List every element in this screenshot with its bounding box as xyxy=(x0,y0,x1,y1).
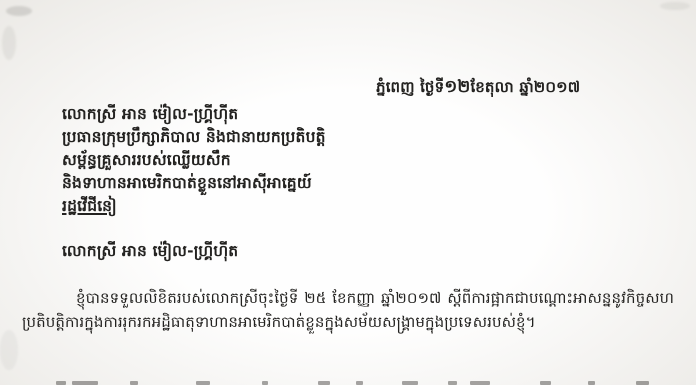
dateline-suffix: ខែតុលា ឆ្នាំ២០១៧ xyxy=(470,78,580,96)
scan-smudge xyxy=(0,330,18,370)
body-paragraph: ខ្ញុំបានទទួលលិខិតរបស់លោកស្រីចុះថ្ងៃទី ២៥… xyxy=(22,286,674,334)
dateline-day: ១២ xyxy=(444,77,470,97)
recipient-organization-line2: និងទាហានអាមេរិកបាត់ខ្លួននៅអាស៊ីអាគ្នេយ៍ xyxy=(62,172,482,195)
scan-smudge xyxy=(2,26,16,60)
cut-off-next-line-fragments xyxy=(0,379,696,385)
scan-smudge xyxy=(660,2,690,10)
dateline-place-prefix: ភ្នំពេញ ថ្ងៃទី xyxy=(376,78,444,96)
scanned-letter-page: ភ្នំពេញ ថ្ងៃទី១២ខែតុលា ឆ្នាំ២០១៧ លោកស្រី… xyxy=(0,0,696,385)
recipient-title: ប្រធានក្រុមប្រឹក្សាភិបាល និងជានាយកប្រតិប… xyxy=(62,126,482,149)
recipient-organization-line1: សម្ព័ន្ធគ្រួសាររបស់ឈ្លើយសឹក xyxy=(62,149,482,172)
recipient-name: លោកស្រី អាន ម៉ៀល-ហ្គ្រីហ៊ីត xyxy=(62,103,482,126)
recipient-location: រដ្ឋវើជីនៀ xyxy=(62,195,482,218)
salutation-line: លោកស្រី អាន ម៉ៀល-ហ្គ្រីហ៊ីត xyxy=(62,241,238,264)
recipient-address-block: លោកស្រី អាន ម៉ៀល-ហ្គ្រីហ៊ីត ប្រធានក្រុមប… xyxy=(62,103,482,218)
scan-smudge xyxy=(6,6,32,16)
dateline: ភ្នំពេញ ថ្ងៃទី១២ខែតុលា ឆ្នាំ២០១៧ xyxy=(376,74,666,100)
